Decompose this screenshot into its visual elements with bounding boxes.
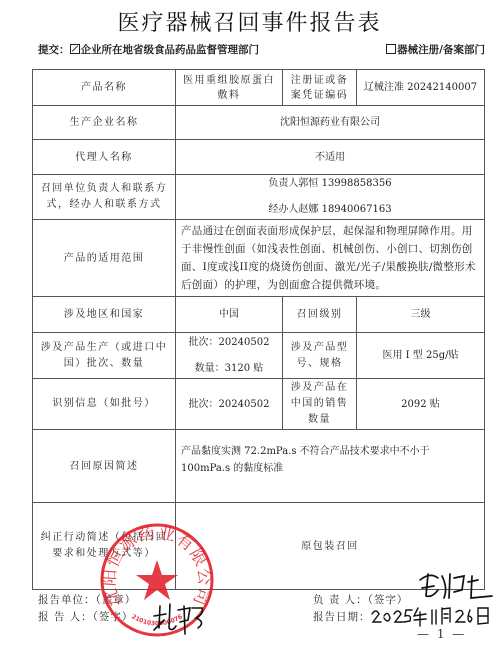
region-value: 中国 xyxy=(176,297,283,333)
batch-cell: 批次：20240502 数量：3120 贴 xyxy=(176,333,283,379)
reg-cert-label: 注册证或备案凭证编码 xyxy=(283,70,357,106)
submit-option2-label: 器械注册/备案部门 xyxy=(397,44,485,56)
recall-level-value: 三级 xyxy=(357,297,485,333)
contact-handler: 经办人赵娜 18940067163 xyxy=(180,203,480,217)
product-name-label: 产品名称 xyxy=(33,70,176,106)
batch-value: 批次：20240502 xyxy=(179,336,279,350)
manufacturer-label: 生产企业名称 xyxy=(33,106,176,140)
submit-option-provincial: 提交：企业所在地省级食品药品监督管理部门 xyxy=(38,42,259,57)
sales-value: 2092 贴 xyxy=(357,379,485,430)
row-ident: 识别信息（如批号） 批次：20240502 涉及产品在中国的销售数量 2092 … xyxy=(33,379,485,430)
page-title: 医疗器械召回事件报告表 xyxy=(0,6,499,37)
reg-cert-value: 辽械注准 20242140007 xyxy=(357,70,485,106)
scope-label: 产品的适用范围 xyxy=(33,220,176,297)
row-agent: 代理人名称 不适用 xyxy=(33,140,485,175)
row-contact: 召回单位负责人和联系方式，经办人和联系方式 负责人郭恒 13998858356 … xyxy=(33,175,485,220)
submit-option1-label: 企业所在地省级食品药品监督管理部门 xyxy=(81,44,260,56)
reason-label: 召回原因简述 xyxy=(33,430,176,503)
contact-label: 召回单位负责人和联系方式，经办人和联系方式 xyxy=(33,175,176,220)
contact-responsible: 负责人郭恒 13998858356 xyxy=(180,177,480,191)
report-date-label: 报告日期： xyxy=(313,609,371,624)
row-product-name: 产品名称 医用重组胶原蛋白敷料 注册证或备案凭证编码 辽械注准 20242140… xyxy=(33,70,485,106)
reason-value: 产品黏度实测 72.2mPa.s 不符合产品技术要求中不小于 100mPa.s … xyxy=(176,430,485,503)
checkbox-checked-icon[interactable] xyxy=(70,44,80,54)
reporter-signature-icon xyxy=(150,598,210,638)
row-manufacturer: 生产企业名称 沈阳恒源药业有限公司 xyxy=(33,106,485,140)
region-label: 涉及地区和国家 xyxy=(33,297,176,333)
sales-label: 涉及产品在中国的销售数量 xyxy=(283,379,357,430)
recall-report-table: 产品名称 医用重组胶原蛋白敷料 注册证或备案凭证编码 辽械注准 20242140… xyxy=(32,69,485,590)
submit-prefix: 提交： xyxy=(38,44,70,56)
scope-value: 产品通过在创面表面形成保护层，起保湿和物理屏障作用。用于非慢性创面（如浅表性创面… xyxy=(176,220,485,297)
row-batch: 涉及产品生产（或进口中国）批次、数量 批次：20240502 数量：3120 贴… xyxy=(33,333,485,379)
row-reason: 召回原因简述 产品黏度实测 72.2mPa.s 不符合产品技术要求中不小于 10… xyxy=(33,430,485,503)
row-scope: 产品的适用范围 产品通过在创面表面形成保护层，起保湿和物理屏障作用。用于非慢性创… xyxy=(33,220,485,297)
responsible-signature-icon xyxy=(416,568,496,606)
checkbox-unchecked-icon[interactable] xyxy=(386,44,396,54)
contact-value: 负责人郭恒 13998858356 经办人赵娜 18940067163 xyxy=(176,175,485,220)
handwritten-date-icon xyxy=(370,604,495,628)
recall-level-label: 召回级别 xyxy=(283,297,357,333)
manufacturer-value: 沈阳恒源药业有限公司 xyxy=(176,106,485,140)
product-name-value: 医用重组胶原蛋白敷料 xyxy=(176,70,283,106)
ident-value: 批次：20240502 xyxy=(176,379,283,430)
batch-label: 涉及产品生产（或进口中国）批次、数量 xyxy=(33,333,176,379)
ident-label: 识别信息（如批号） xyxy=(33,379,176,430)
model-label: 涉及产品型号、规格 xyxy=(283,333,357,379)
row-region: 涉及地区和国家 中国 召回级别 三级 xyxy=(33,297,485,333)
agent-value: 不适用 xyxy=(176,140,485,175)
agent-label: 代理人名称 xyxy=(33,140,176,175)
submit-option-registration: 器械注册/备案部门 xyxy=(386,42,485,57)
quantity-value: 数量：3120 贴 xyxy=(179,362,279,376)
submit-line: 提交：企业所在地省级食品药品监督管理部门 器械注册/备案部门 xyxy=(38,42,485,58)
model-value: 医用 I 型 25g/贴 xyxy=(357,333,485,379)
page-number: — 1 — xyxy=(417,627,466,641)
